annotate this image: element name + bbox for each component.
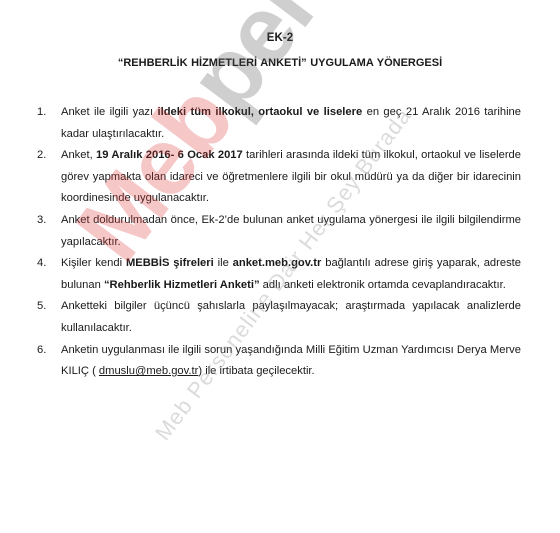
- item-text: Kişiler kendi MEBBİS şifreleri ile anket…: [61, 257, 521, 291]
- list-item: 6. Anketin uygulanması ile ilgili sorun …: [37, 340, 521, 383]
- list-item: 1. Anket ile ilgili yazı ildeki tüm ilko…: [37, 102, 521, 145]
- instruction-list: 1. Anket ile ilgili yazı ildeki tüm ilko…: [37, 102, 521, 383]
- item-text: Anketteki bilgiler üçüncü şahıslarla pay…: [61, 300, 521, 334]
- plain-text: ile: [214, 257, 233, 269]
- list-item: 3. Anket doldurulmadan önce, Ek-2’de bul…: [37, 210, 521, 253]
- list-item: 5. Anketteki bilgiler üçüncü şahıslarla …: [37, 296, 521, 339]
- emphasis-text: ildeki tüm ilkokul, ortaokul ve liselere: [158, 106, 363, 118]
- email-link[interactable]: dmuslu@meb.gov.tr: [99, 365, 198, 377]
- item-text: Anket doldurulmadan önce, Ek-2’de buluna…: [61, 214, 521, 248]
- plain-text: Anket doldurulmadan önce, Ek-2’de buluna…: [61, 214, 521, 248]
- item-text: Anketin uygulanması ile ilgili sorun yaş…: [61, 344, 521, 378]
- plain-text: Kişiler kendi: [61, 257, 126, 269]
- document-subtitle: “REHBERLİK HİZMETLERİ ANKETİ” UYGULAMA Y…: [0, 57, 560, 69]
- list-item: 4. Kişiler kendi MEBBİS şifreleri ile an…: [37, 253, 521, 296]
- plain-text: adlı anketi elektronik ortamda cevapland…: [260, 279, 506, 291]
- item-number: 5.: [37, 296, 46, 318]
- emphasis-text: “Rehberlik Hizmetleri Anketi”: [104, 279, 260, 291]
- item-text: Anket, 19 Aralık 2016- 6 Ocak 2017 tarih…: [61, 149, 521, 204]
- list-item: 2. Anket, 19 Aralık 2016- 6 Ocak 2017 ta…: [37, 145, 521, 210]
- emphasis-text: MEBBİS şifreleri: [126, 257, 214, 269]
- item-number: 3.: [37, 210, 46, 232]
- item-number: 1.: [37, 102, 46, 124]
- item-number: 2.: [37, 145, 46, 167]
- plain-text: ) ile irtibata geçilecektir.: [198, 365, 314, 377]
- document-title: EK-2: [0, 32, 560, 44]
- item-text: Anket ile ilgili yazı ildeki tüm ilkokul…: [61, 106, 521, 140]
- plain-text: Anketteki bilgiler üçüncü şahıslarla pay…: [61, 300, 521, 334]
- plain-text: Anket ile ilgili yazı: [61, 106, 158, 118]
- plain-text: Anket,: [61, 149, 96, 161]
- document-page: EK-2 “REHBERLİK HİZMETLERİ ANKETİ” UYGUL…: [0, 0, 560, 533]
- emphasis-text: 19 Aralık 2016- 6 Ocak 2017: [96, 149, 243, 161]
- item-number: 4.: [37, 253, 46, 275]
- emphasis-text: anket.meb.gov.tr: [233, 257, 322, 269]
- item-number: 6.: [37, 340, 46, 362]
